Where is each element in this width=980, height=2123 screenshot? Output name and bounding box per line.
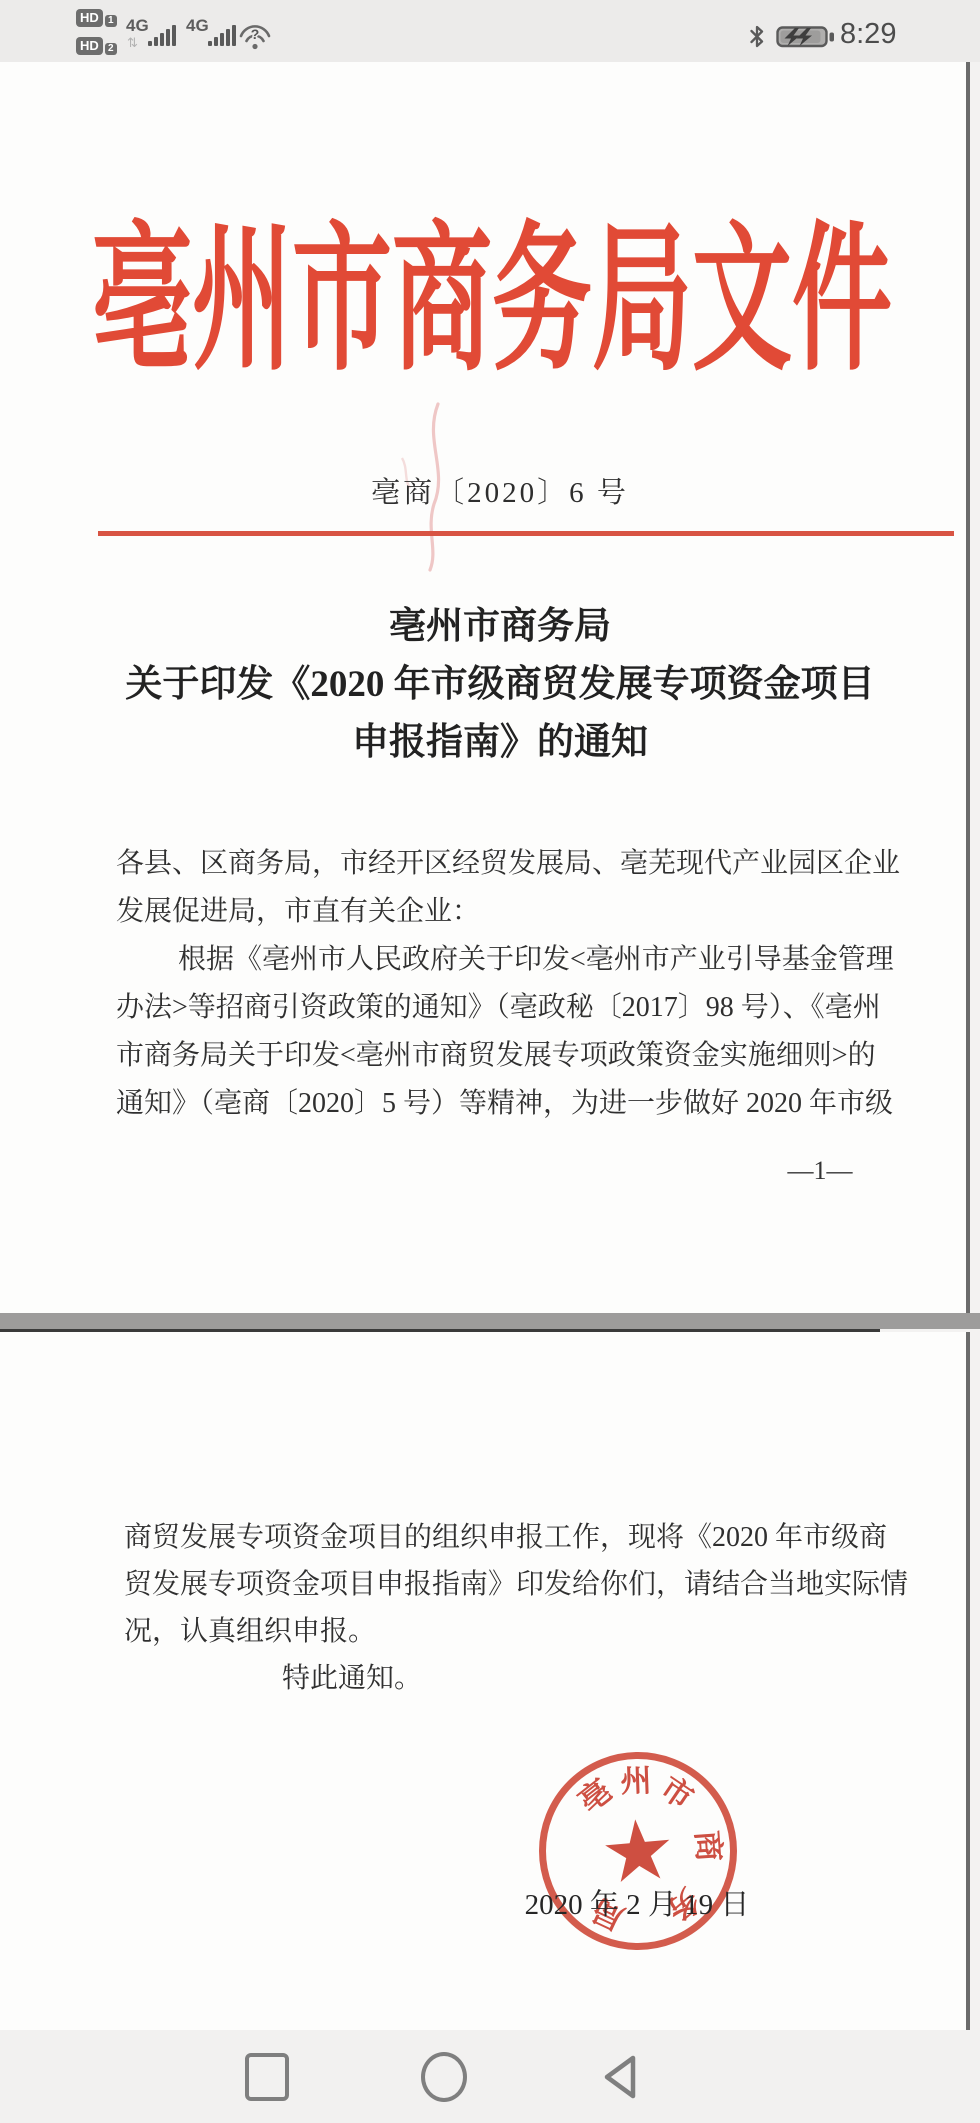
volte-hd-sim1-icon: HD 1 [76, 9, 117, 27]
masthead-divider-rule [98, 531, 954, 536]
body-line: 市商务局关于印发<亳州市商贸发展专项政策资金实施细则>的 [116, 1032, 916, 1080]
signal-bars-sim2-icon [208, 24, 236, 46]
body-line: 特此通知。 [124, 1655, 924, 1702]
network-type-sim2: 4G [186, 16, 209, 36]
sim2-number: 2 [105, 43, 117, 55]
page1-right-edge [966, 62, 970, 1313]
hd-badge-label: HD [76, 37, 103, 55]
home-button[interactable] [399, 2030, 489, 2123]
wifi-question-icon: ? [238, 24, 272, 50]
seal-char: 州 [620, 1765, 652, 1797]
status-bar: HD 1 HD 2 4G ⇅ 4G ? [0, 0, 980, 62]
title-line-1: 亳州市商务局 [50, 598, 950, 656]
page1-body-text: 各县、区商务局，市经开区经贸发展局、亳芜现代产业园区企业 发展促进局，市直有关企… [116, 840, 916, 1128]
bluetooth-icon [748, 23, 766, 50]
hd-badge-label: HD [76, 9, 103, 27]
recents-square-icon [245, 2053, 289, 2101]
body-line: 根据《亳州市人民政府关于印发<亳州市产业引导基金管理 [116, 936, 916, 984]
body-line: 贸发展专项资金项目申报指南》印发给你们，请结合当地实际情 [124, 1561, 924, 1608]
battery-charging-icon [776, 25, 838, 49]
body-line: 通知》（亳商〔2020〕5 号）等精神，为进一步做好 2020 年市级 [116, 1080, 916, 1128]
svg-text:?: ? [251, 26, 260, 42]
document-title: 亳州市商务局 关于印发《2020 年市级商贸发展专项资金项目 申报指南》的通知 [50, 598, 950, 772]
signal-bars-sim1-icon [148, 24, 176, 46]
home-circle-icon [421, 2052, 467, 2102]
page-number: —1— [760, 1156, 880, 1186]
clock-time: 8:29 [840, 18, 896, 51]
android-navigation-bar [0, 2030, 980, 2123]
page2-right-edge [966, 1332, 970, 2030]
page-separator-band [0, 1313, 980, 1329]
body-line: 商贸发展专项资金项目的组织申报工作，现将《2020 年市级商 [124, 1514, 924, 1561]
title-line-2: 关于印发《2020 年市级商贸发展专项资金项目 [50, 656, 950, 714]
back-triangle-icon [598, 2053, 640, 2101]
network-type-sim1: 4G [126, 16, 149, 36]
title-line-3: 申报指南》的通知 [50, 714, 950, 772]
sim1-number: 1 [105, 15, 117, 27]
seal-char: 商 [691, 1829, 724, 1862]
back-button[interactable] [574, 2030, 664, 2123]
document-number: 亳商〔2020〕6 号 [60, 470, 940, 511]
recents-button[interactable] [222, 2030, 312, 2123]
page2-body-text: 商贸发展专项资金项目的组织申报工作，现将《2020 年市级商 贸发展专项资金项目… [124, 1514, 924, 1702]
body-line: 办法>等招商引资政策的通知》（亳政秘〔2017〕98 号）、《亳州 [116, 984, 916, 1032]
phone-screen: HD 1 HD 2 4G ⇅ 4G ? [0, 0, 980, 2123]
body-line: 况，认真组织申报。 [124, 1608, 924, 1655]
data-activity-arrows-icon: ⇅ [127, 36, 138, 51]
volte-hd-sim2-icon: HD 2 [76, 37, 117, 55]
document-masthead: 亳州市商务局文件 [92, 222, 892, 382]
body-line: 各县、区商务局，市经开区经贸发展局、亳芜现代产业园区企业 [116, 840, 916, 888]
document-date: 2020 年 2 月 19 日 [497, 1882, 777, 1923]
body-line: 发展促进局，市直有关企业： [116, 888, 916, 936]
